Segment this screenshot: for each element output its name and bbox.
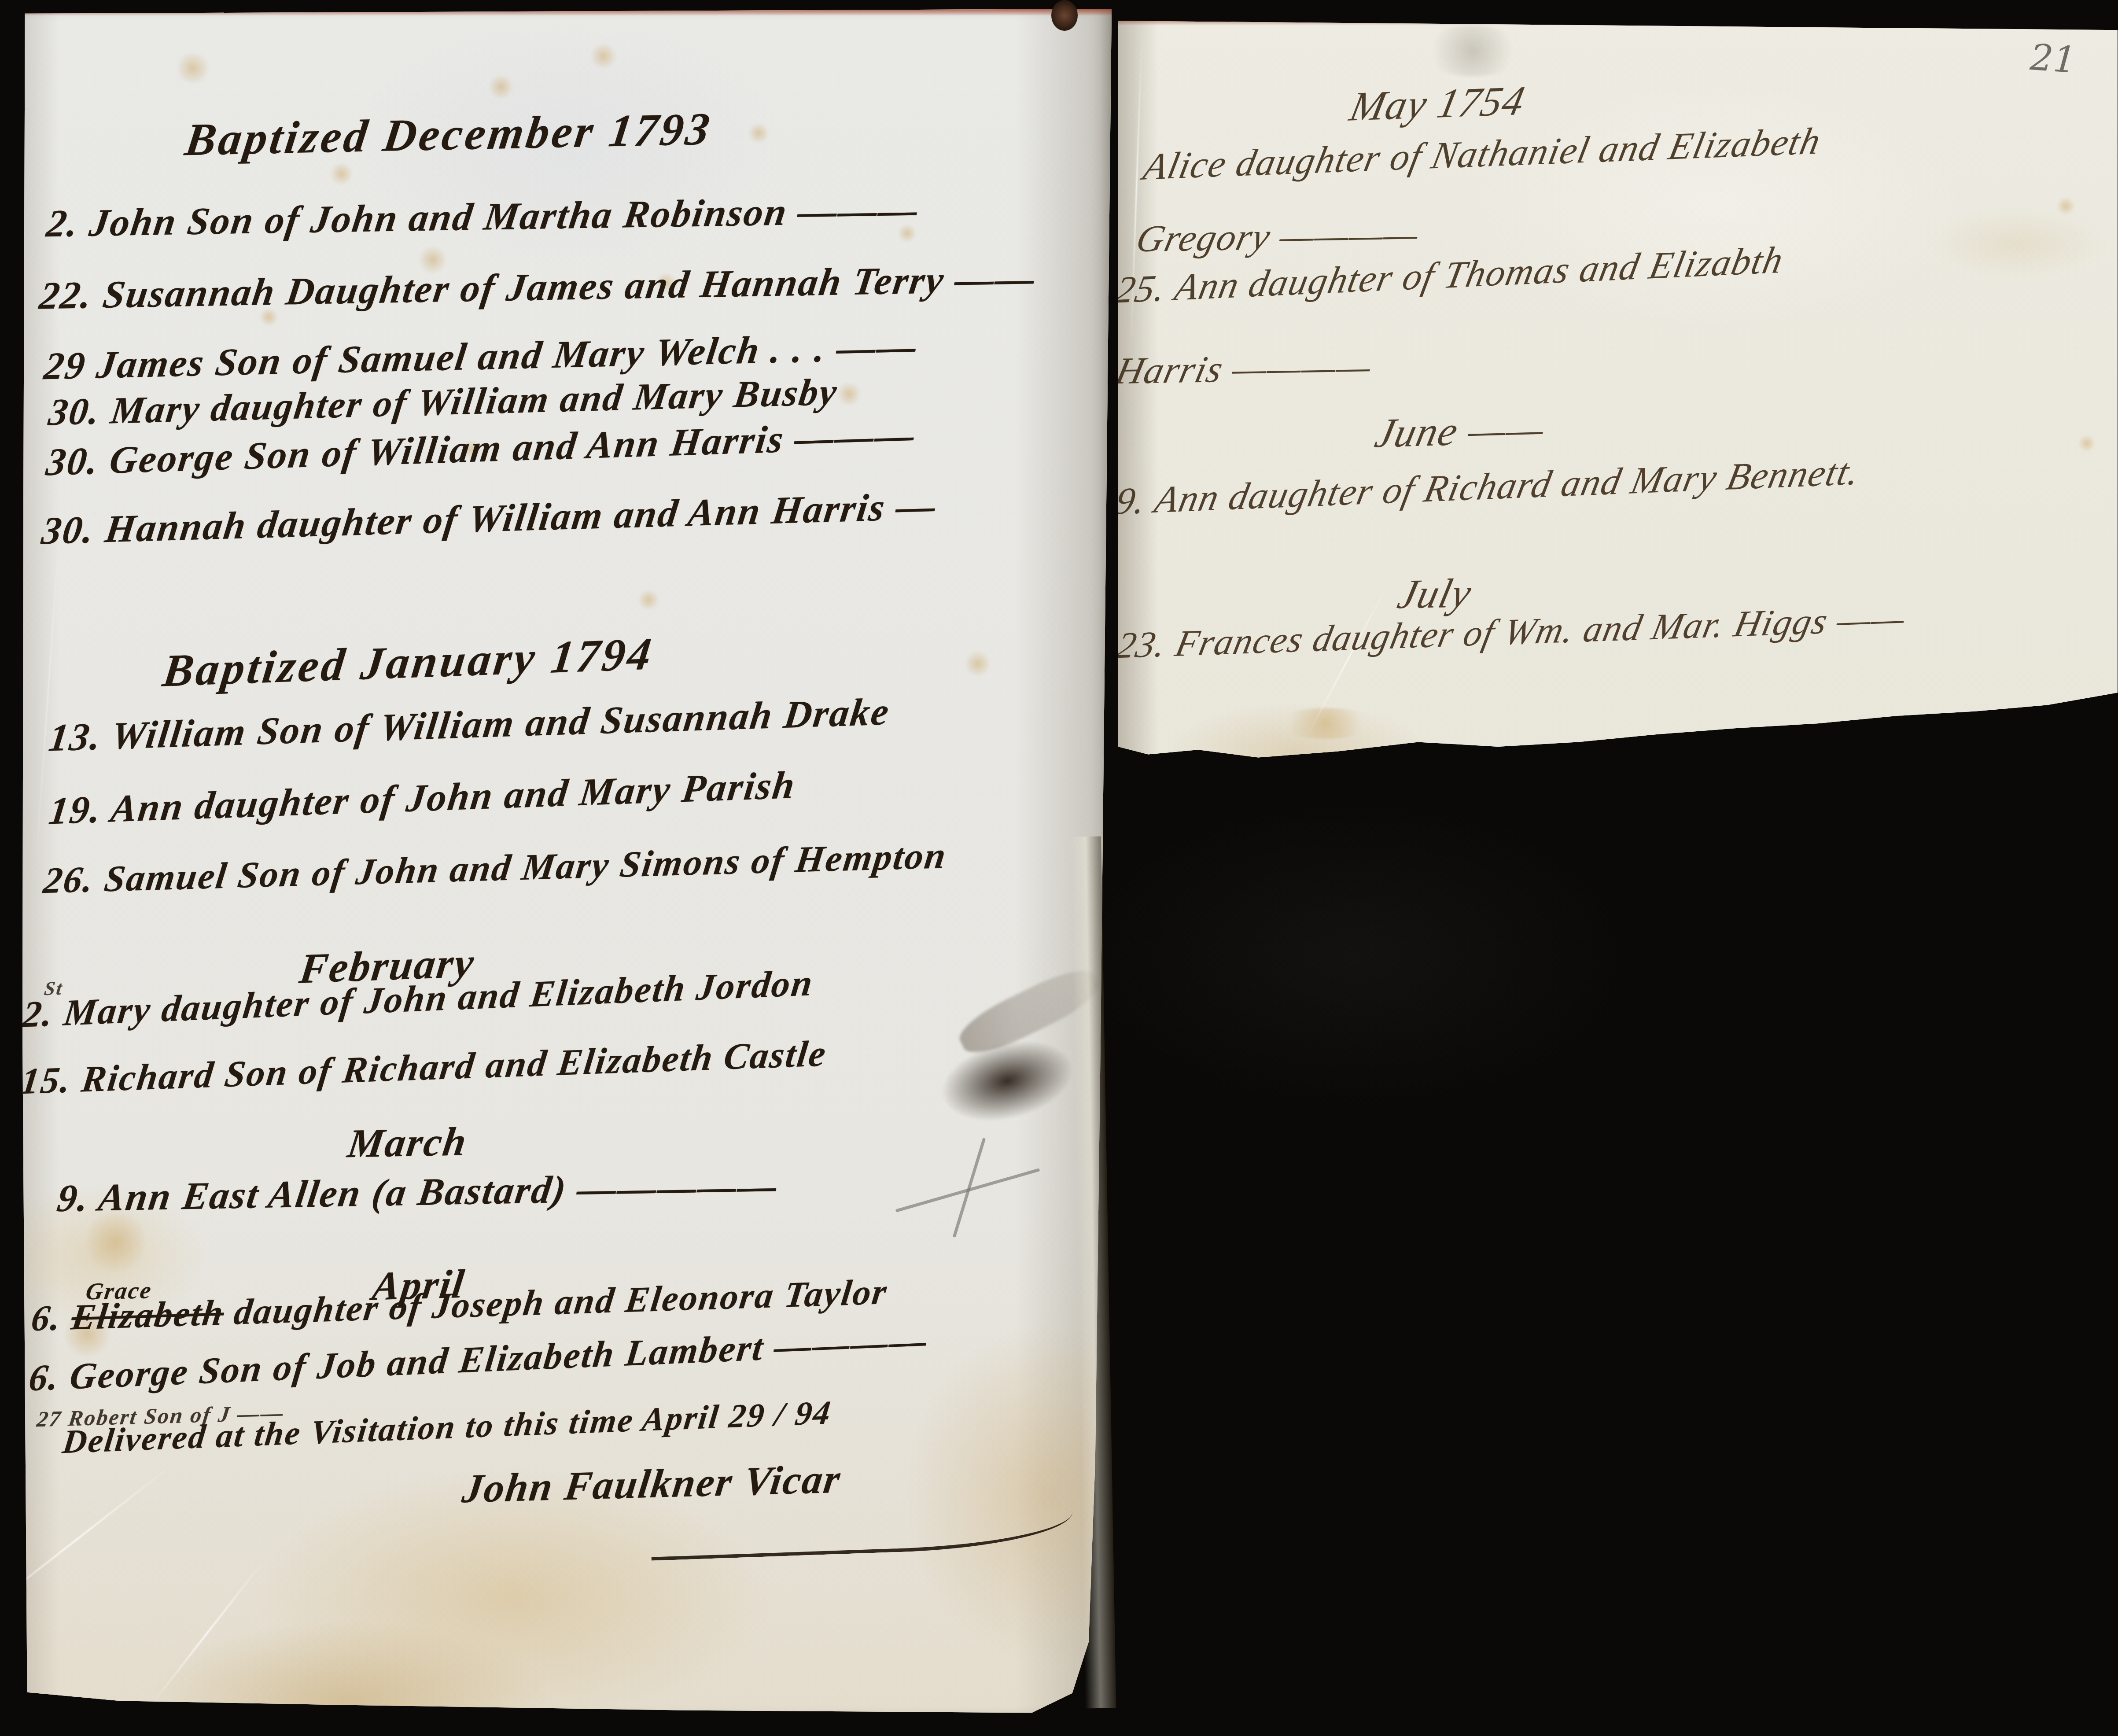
paper-crease <box>0 1464 173 1618</box>
heading-june: June —— <box>1371 405 1550 457</box>
baptism-entry: 22. Susannah Daughter of James and Hanna… <box>37 257 1039 319</box>
heading-july: July <box>1393 569 1477 618</box>
entry-rest: daughter of Joseph and Eleonora Taylor <box>221 1272 890 1333</box>
foxing-spot <box>836 383 862 405</box>
heading-march: March <box>345 1118 471 1167</box>
foxing-spot <box>1277 708 1374 739</box>
baptism-entry: 13. William Son of William and Susannah … <box>46 689 892 760</box>
register-scan: Baptized December 1793 2. John Son of Jo… <box>0 0 2118 1736</box>
foxing-spot <box>2078 435 2096 452</box>
struck-name: Elizabeth <box>69 1292 226 1337</box>
baptism-entry: Gregory ———— <box>1132 212 1424 261</box>
ink-blot <box>934 1028 1080 1133</box>
foxing-spot <box>488 75 514 99</box>
baptism-entry: 23. Frances daughter of Wm. and Mar. Hig… <box>1112 597 1910 667</box>
baptism-entry: 19. Ann daughter of John and Mary Parish <box>47 763 799 834</box>
paper-crease <box>149 1560 265 1707</box>
right-page-inserted-leaf: 21 May 1754 Alice daughter of Nathaniel … <box>1118 12 2118 784</box>
left-page: Baptized December 1793 2. John Son of Jo… <box>21 9 1114 1717</box>
foxing-spot <box>589 44 618 68</box>
heading-baptized-december-1793: Baptized December 1793 <box>182 103 715 166</box>
foxing-spot <box>329 163 354 185</box>
baptism-entry: 26. Samuel Son of John and Mary Simons o… <box>41 834 949 903</box>
folio-number: 21 <box>2029 37 2077 81</box>
baptism-entry: 9. Ann daughter of Richard and Mary Benn… <box>1111 449 1864 523</box>
smudge-stain <box>1422 26 1523 76</box>
foxing-spot <box>637 590 659 610</box>
vicar-signature: John Faulkner Vicar <box>460 1455 844 1512</box>
foxing-spot <box>963 652 992 676</box>
signature-flourish <box>650 1511 1074 1560</box>
foxing-spot <box>748 123 770 143</box>
heading-baptized-january-1794: Baptized January 1794 <box>160 627 656 697</box>
foxing-spot <box>175 53 210 84</box>
baptism-entry: 15. Richard Son of Richard and Elizabeth… <box>18 1032 829 1103</box>
heading-may-1754: May 1754 <box>1346 77 1529 131</box>
entry-number: 6. <box>29 1297 74 1338</box>
spine-leather-fragment <box>1051 0 1078 31</box>
baptism-entry: 9. Ann East Allen (a Bastard) ————— <box>55 1164 781 1221</box>
baptism-entry: 2. John Son of John and Martha Robinson … <box>44 188 922 246</box>
baptism-entry: Alice daughter of Nathaniel and Elizabet… <box>1140 118 1825 189</box>
baptism-entry: Harris ———— <box>1112 344 1377 393</box>
baptism-entry: 30. Hannah daughter of William and Ann H… <box>39 484 939 553</box>
foxing-spot <box>2056 197 2076 215</box>
